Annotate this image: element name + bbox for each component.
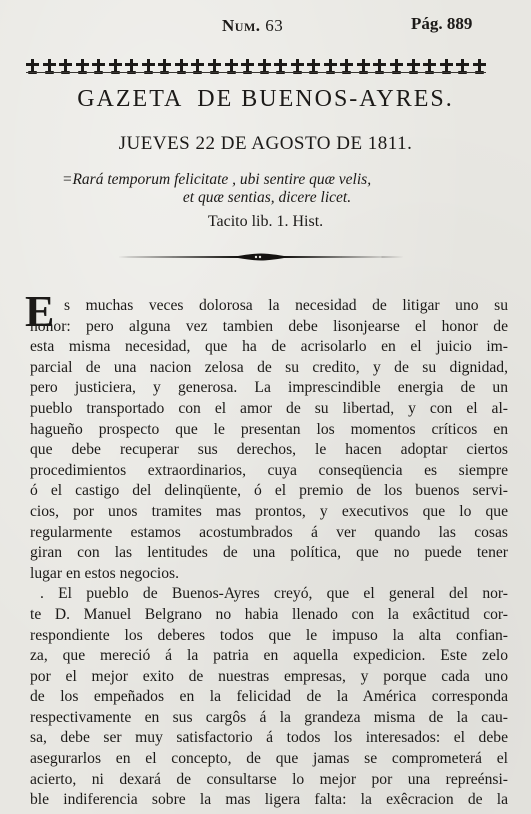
article-line: pero justiciera, y generosa. La impresci…: [30, 378, 508, 399]
article-line: esta misma necesidad, que ha de acrisola…: [30, 337, 508, 358]
epigraph-line-2: et quæ sentias, dicere licet.: [62, 189, 472, 207]
article-line: regularmente estamos acostumbrados á ver…: [30, 523, 508, 544]
article-line: . El pueblo de Buenos-Ayres creyó, que e…: [30, 584, 508, 605]
masthead-title: GAZETADE BUENOS-AYRES.: [0, 86, 531, 113]
article-line: hagueño prospecto que le presentan los m…: [30, 420, 508, 441]
ornament-underline: [26, 72, 486, 73]
article-line: ó el castigo del delinqüente, ó el premi…: [30, 481, 508, 502]
article-line: te D. Manuel Belgrano no habia llenado c…: [30, 605, 508, 626]
article-line: de los empeñados en la felicidad de la A…: [30, 687, 508, 708]
page-number: Pág. 889: [411, 14, 472, 34]
article-line: cios, por unos tramites mas prontos, y e…: [30, 502, 508, 523]
article-line: s muchas veces dolorosa la necesidad de …: [30, 296, 508, 317]
article-line: sa, debe ser muy satisfactorio á todos l…: [30, 728, 508, 749]
article-line: procedimientos extraordinarios, cuya con…: [30, 461, 508, 482]
article-line: por el mejor exito de nuestras empresas,…: [30, 667, 508, 688]
article-line: respectivamente en sus cargôs á la grand…: [30, 708, 508, 729]
ornamental-rule-icon: [118, 252, 404, 262]
cross-ornament-border: [26, 52, 486, 74]
epigraph-line-1: =Rará temporum felicitate , ubi sentire …: [62, 171, 472, 189]
epigraph: =Rará temporum felicitate , ubi sentire …: [62, 171, 472, 207]
article-line: asegurarlos en el concepto, de que jamas…: [30, 749, 508, 770]
article-line: parcial de una nacion zelosa de su credi…: [30, 358, 508, 379]
issue-number-label: Num.: [222, 16, 261, 35]
page-header: Num. 63 Pág. 889: [0, 12, 531, 38]
article-line: honor: pero alguna vez tambien debe liso…: [30, 317, 508, 338]
newspaper-page: Num. 63 Pág. 889 GAZETADE BUENOS-AYRES. …: [0, 0, 531, 814]
article-line: za, que mereció á la patria en aquella e…: [30, 646, 508, 667]
issue-number-value: 63: [265, 16, 283, 35]
masthead-title-part1: GAZETA: [77, 86, 183, 112]
article-line: giran con las lentitudes de una política…: [30, 543, 508, 564]
epigraph-attribution: Tacito lib. 1. Hist.: [0, 213, 531, 231]
article-line: respondiente los deberes todos que le im…: [30, 626, 508, 647]
article-line: ble indiferencia sobre la mas ligera fal…: [30, 790, 508, 811]
masthead-title-part2: DE BUENOS-AYRES.: [197, 86, 453, 112]
issue-date: JUEVES 22 DE AGOSTO DE 1811.: [0, 133, 531, 155]
article-line: acierto, ni dexará de consultarse lo mej…: [30, 770, 508, 791]
issue-number: Num. 63: [222, 16, 283, 36]
article-line: pueblo transportado con el amor de su li…: [30, 399, 508, 420]
article-body: s muchas veces dolorosa la necesidad de …: [30, 296, 508, 811]
article-line: que debe recuperar sus derechos, le hace…: [30, 440, 508, 461]
article-line: lugar en estos negocios.: [30, 564, 508, 585]
